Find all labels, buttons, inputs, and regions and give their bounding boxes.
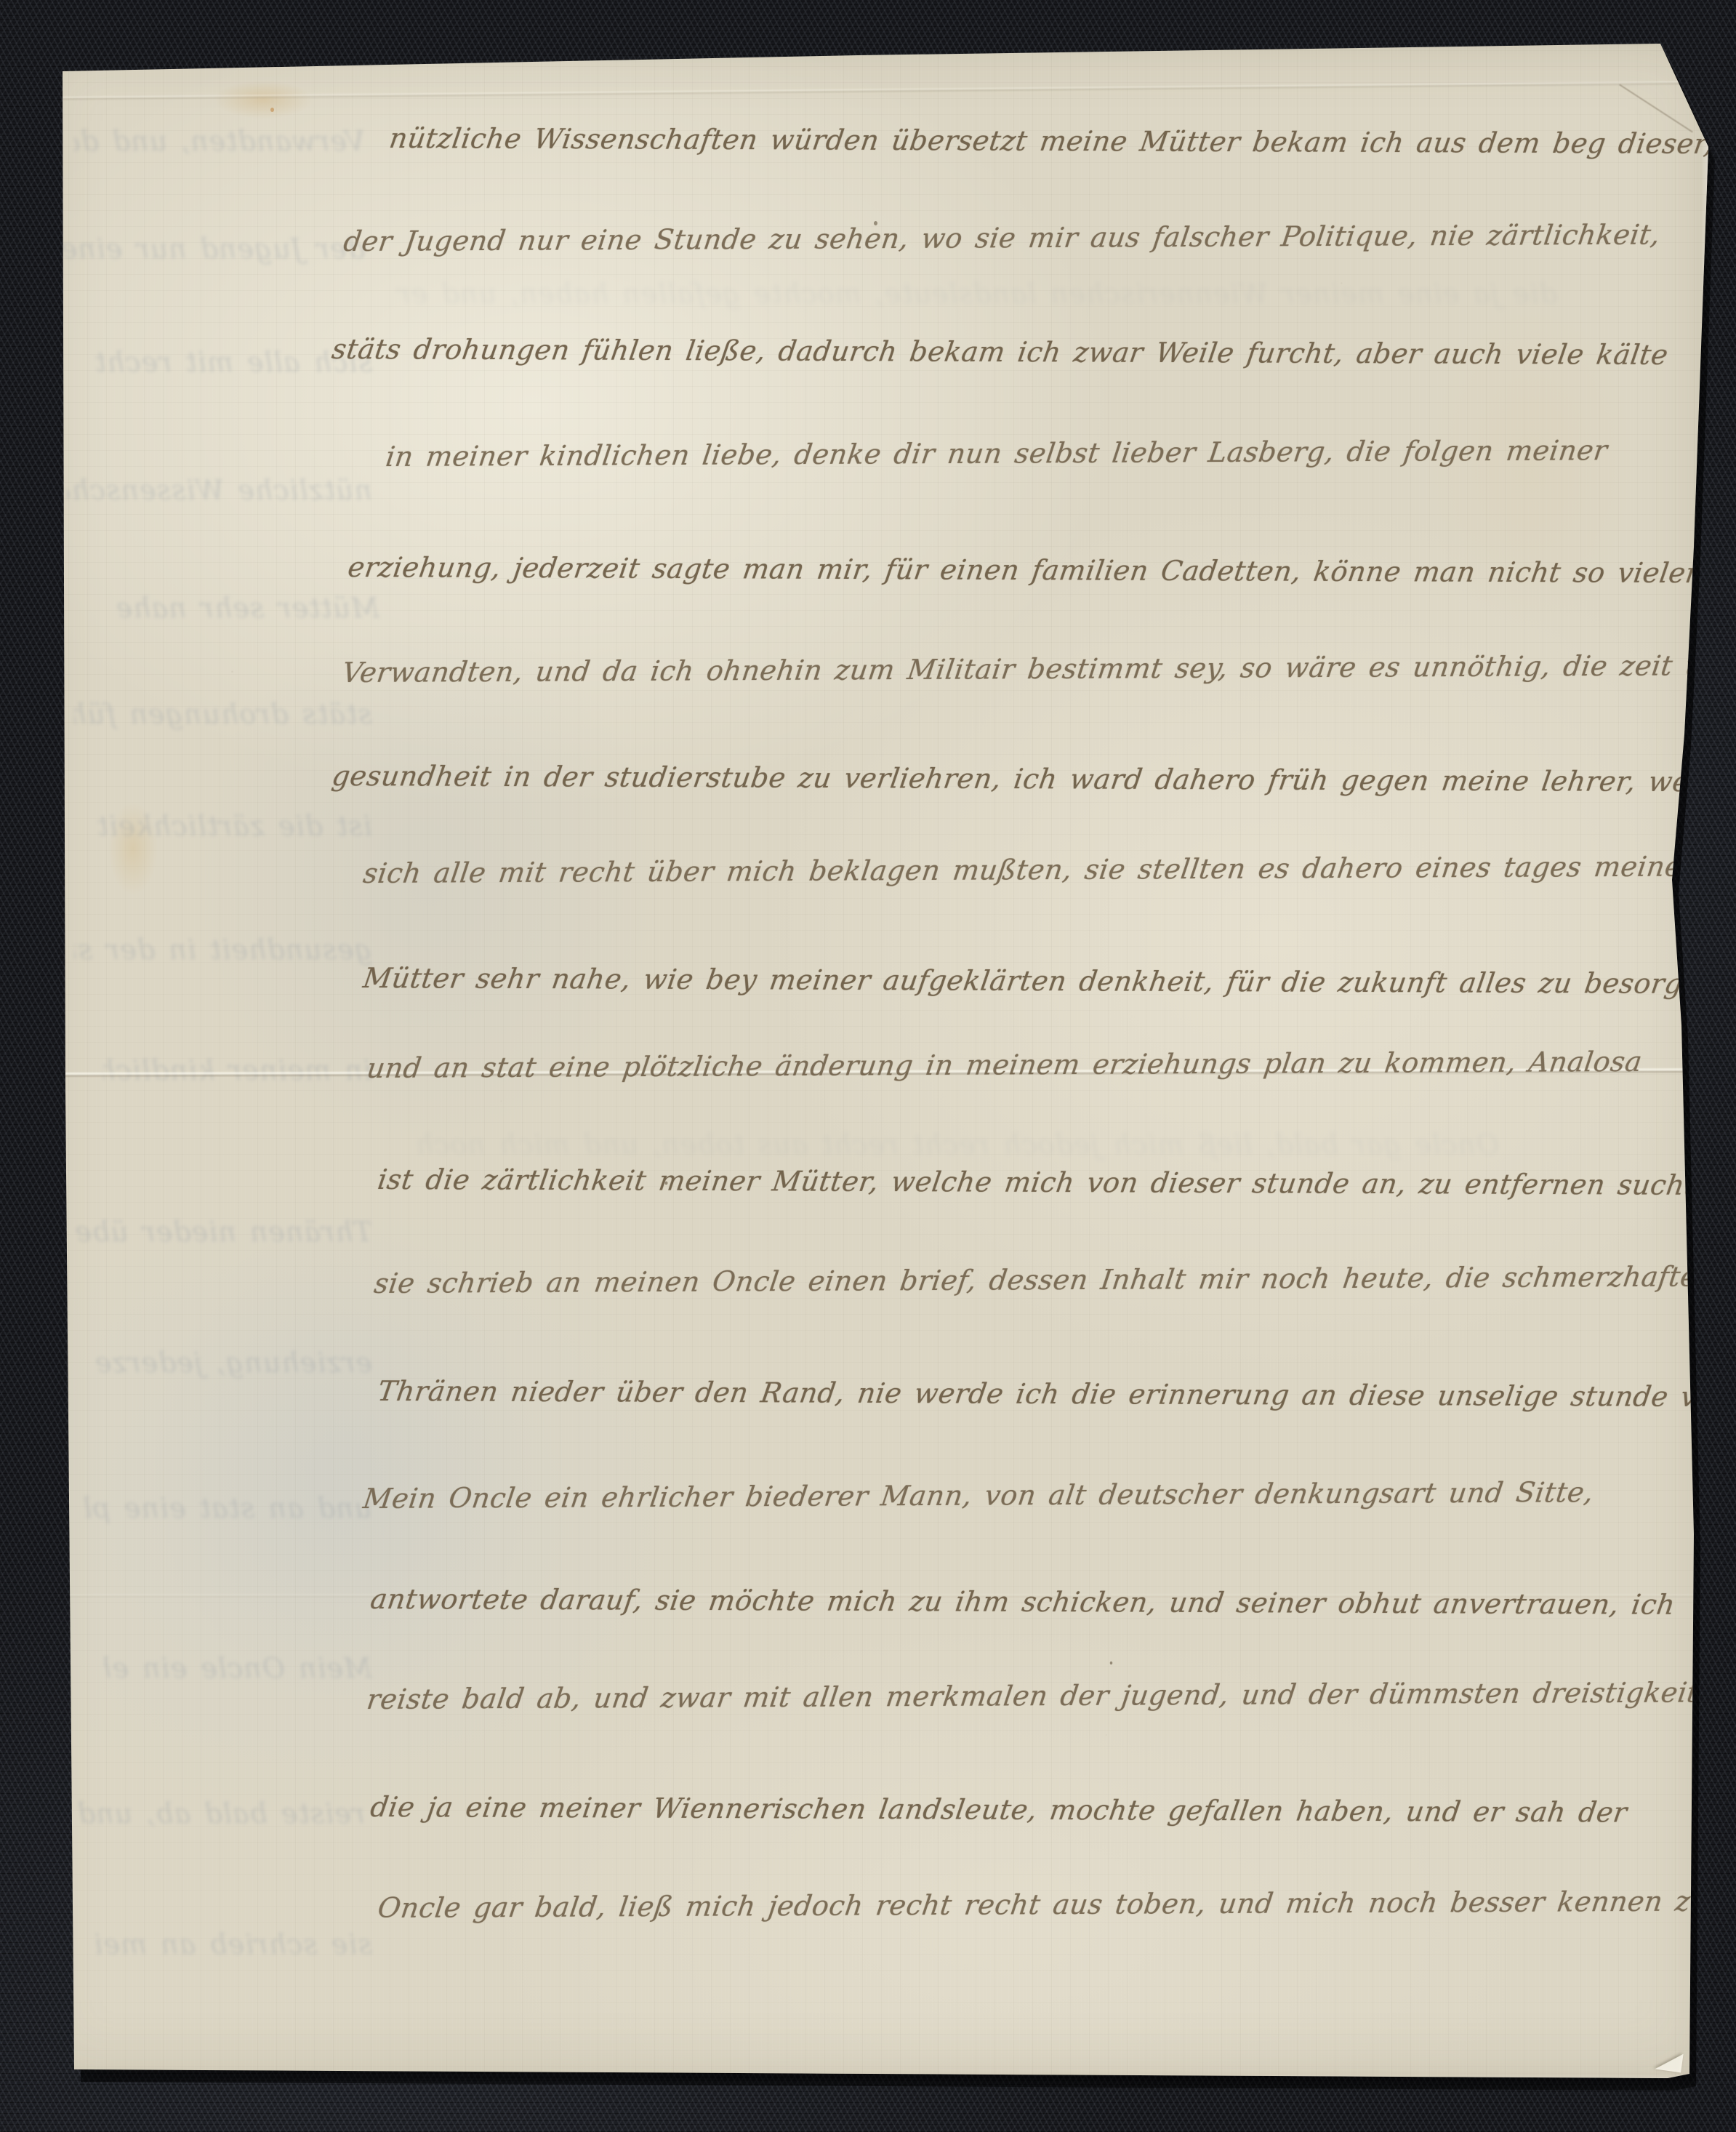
manuscript-line-5: erziehung, jederzeit sagte man mir, für … (344, 540, 1726, 601)
ink-bleedthrough-line: Mein Oncle ein ehrlicher biederer Mann, … (103, 1652, 372, 1704)
corner-fold-bottom-right (1655, 2051, 1683, 2073)
ink-bleedthrough-line: Verwandten, und da ich ohnehin zum Milit… (74, 125, 365, 177)
photo-backdrop: Verwandten, und da ich ohnehin zum Milit… (0, 0, 1736, 2132)
manuscript-line-3: stäts drohungen fühlen ließe, dadurch be… (328, 321, 1671, 382)
ink-bleedthrough-line: ist die zärtlichkeit meiner Mütter, welc… (96, 810, 372, 862)
manuscript-line-17: die ja eine meiner Wiennerischen landsle… (366, 1779, 1631, 1840)
paper-stain (198, 74, 329, 125)
manuscript-line-2: der Jugend nur eine Stunde zu sehen, wo … (340, 207, 1664, 269)
manuscript-line-9: Mütter sehr nahe, wie bey meiner aufgekl… (359, 950, 1736, 1012)
ink-speck (270, 108, 274, 112)
ink-bleedthrough-line: Thränen nieder über den Rand, nie werde … (74, 1216, 372, 1268)
manuscript-line-8: sich alle mit recht über mich beklagen m… (360, 838, 1699, 901)
manuscript-line-11: ist die zärtlichkeit meiner Mütter, welc… (374, 1152, 1726, 1213)
ink-bleedthrough-line: der Jugend nur eine Stunde zu sehen, wo … (60, 233, 365, 285)
ink-bleedthrough-line: erziehung, jederzeit sagte man mir, für … (96, 1347, 372, 1399)
manuscript-line-12: sie schrieb an meinen Oncle einen brief,… (371, 1249, 1736, 1311)
manuscript-line-6: Verwandten, und da ich ohnehin zum Milit… (339, 637, 1736, 700)
ink-bleedthrough-line: gesundheit in der studierstube zu verlie… (74, 934, 372, 986)
ink-bleedthrough-line: und an stat eine plötzliche änderung in … (81, 1492, 372, 1544)
ink-bleedthrough-line: stäts drohungen fühlen ließe, dadurch be… (74, 698, 372, 750)
manuscript-line-7: gesundheit in der studierstube zu verlie… (328, 748, 1736, 810)
manuscript-line-16: reiste bald ab, und zwar mit allen merkm… (363, 1664, 1711, 1727)
ink-bleedthrough-line: nützliche Wissenschaften würden übersetz… (67, 474, 372, 526)
manuscript-line-4: in meiner kindlichen liebe, denke dir nu… (382, 422, 1611, 484)
manuscript-line-18: Oncle gar bald, ließ mich jedoch recht r… (374, 1873, 1736, 1936)
manuscript-line-14: Mein Oncle ein ehrlicher biederer Mann, … (360, 1464, 1597, 1526)
ink-speck (1110, 1662, 1113, 1664)
manuscript-line-13: Thränen nieder über den Rand, nie werde … (374, 1363, 1736, 1425)
letter-page: Verwandten, und da ich ohnehin zum Milit… (31, 38, 1711, 2083)
manuscript-line-10: und an stat eine plötzliche änderung in … (363, 1034, 1646, 1096)
ink-bleedthrough-line: sie schrieb an meinen Oncle einen brief,… (96, 1928, 372, 1981)
manuscript-line-1: nützliche Wissenschaften würden übersetz… (385, 111, 1717, 172)
ink-bleedthrough-line: in meiner kindlichen liebe, denke dir nu… (103, 1054, 372, 1107)
ink-bleedthrough-line: Mütter sehr nahe, wie bey meiner aufgekl… (118, 592, 379, 644)
ink-bleedthrough-line: reiste bald ab, und zwar mit allen merkm… (74, 1798, 365, 1850)
manuscript-line-15: antwortete darauf, sie möchte mich zu ih… (366, 1571, 1679, 1632)
fold-crease-top (31, 81, 1711, 101)
